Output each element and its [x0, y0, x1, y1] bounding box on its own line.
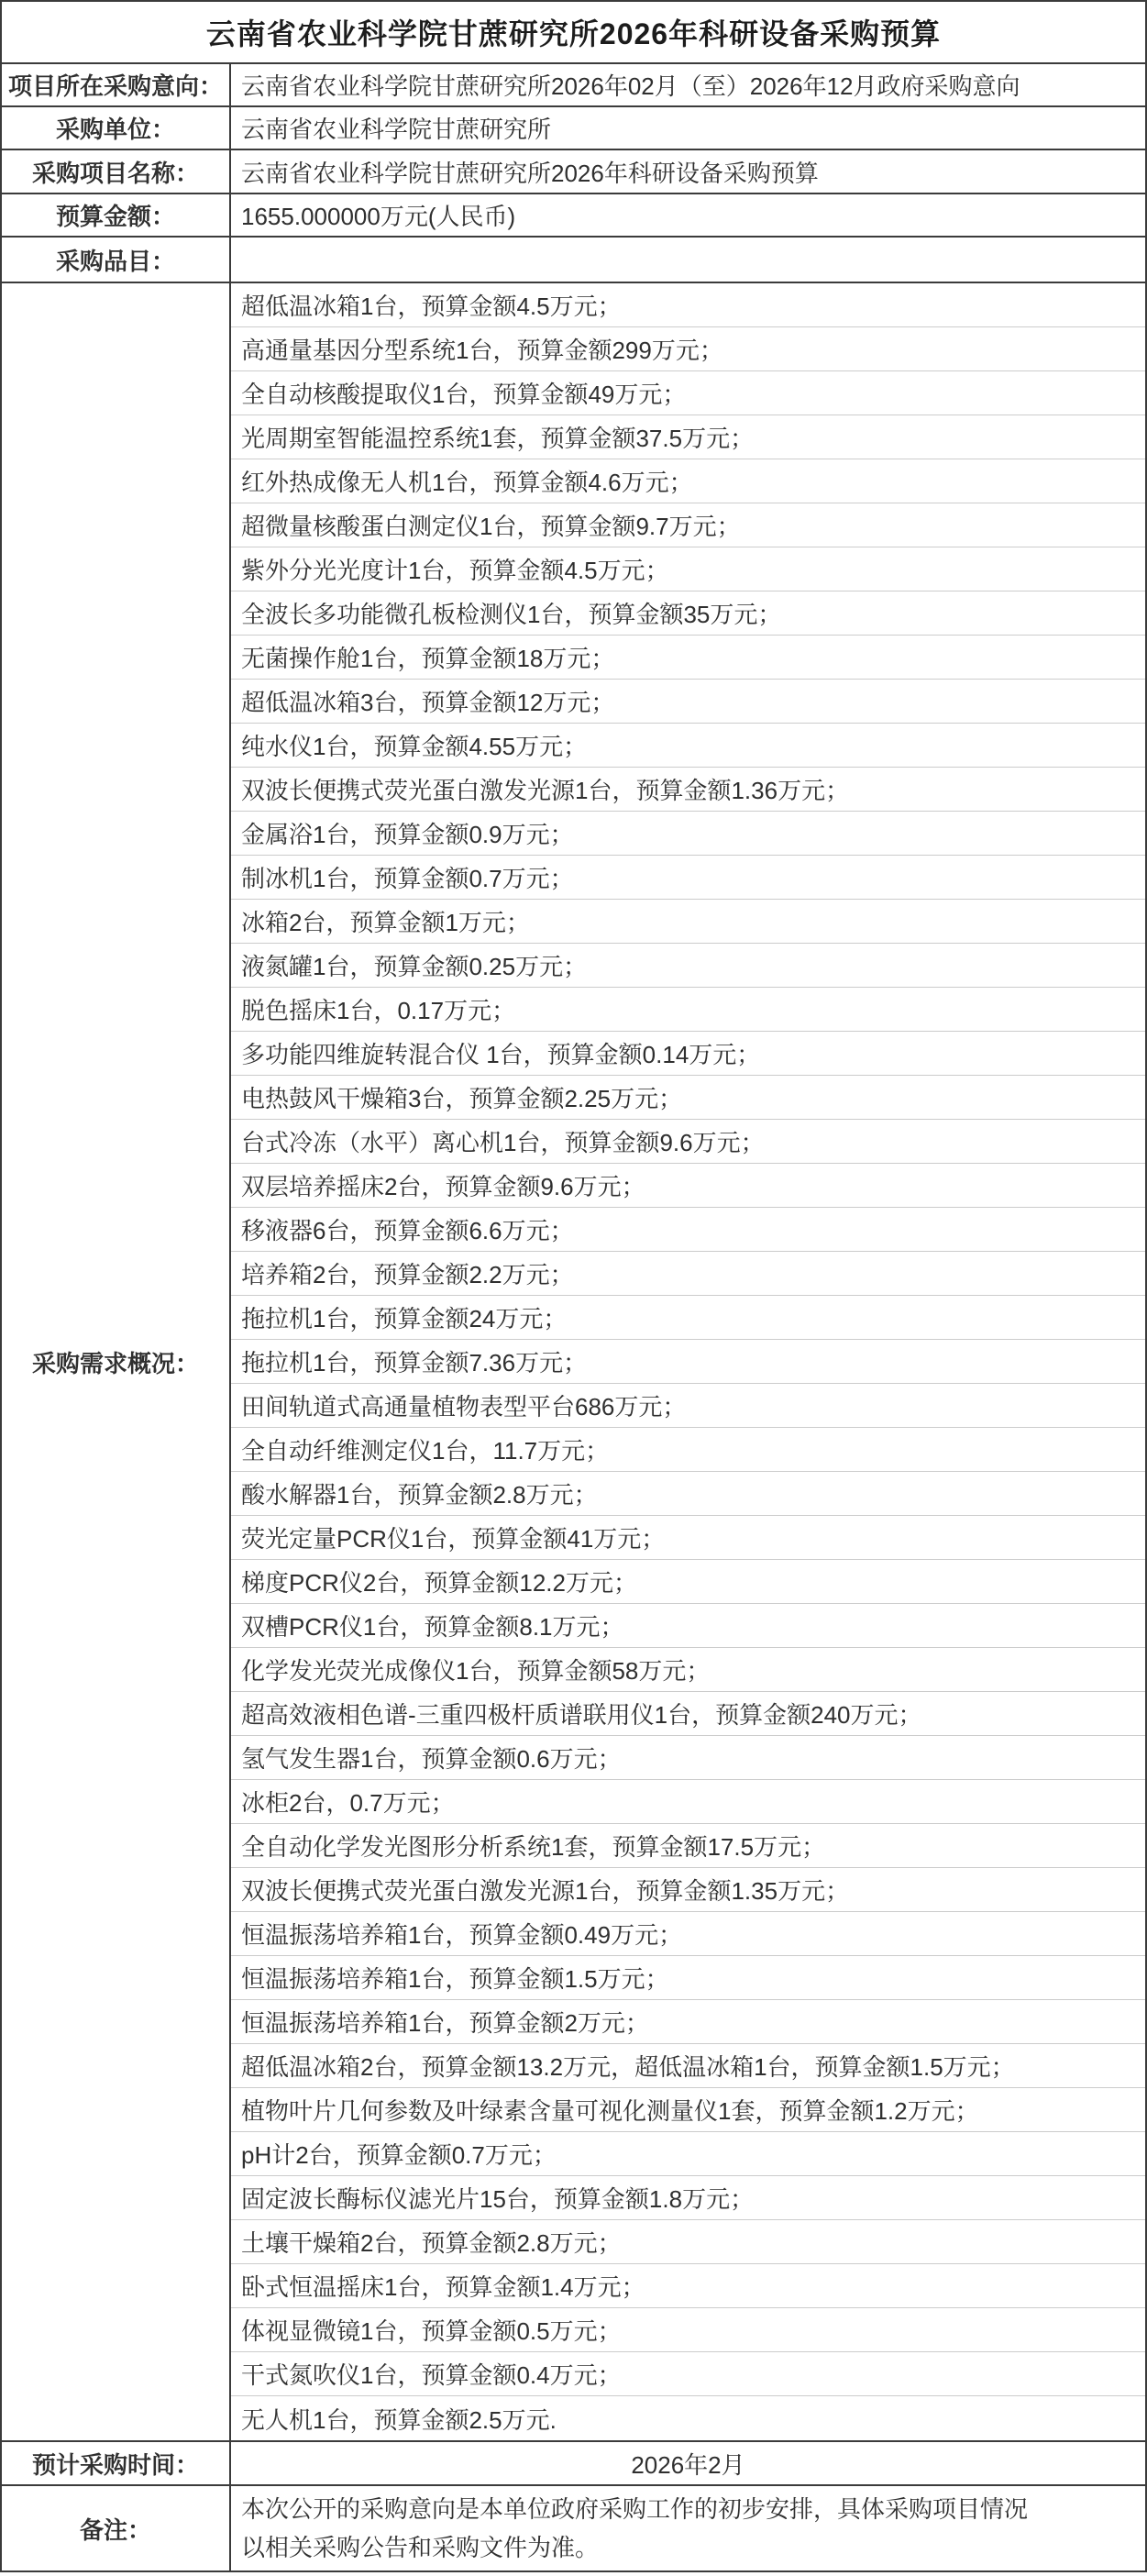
requirement-item: 双槽PCR仪1台，预算金额8.1万元；: [231, 1604, 1145, 1648]
requirement-item: 培养箱2台，预算金额2.2万元；: [231, 1252, 1145, 1296]
requirement-item: 全波长多功能微孔板检测仪1台，预算金额35万元；: [231, 591, 1145, 636]
table-row-remarks: 备注： 本次公开的采购意向是本单位政府采购工作的初步安排，具体采购项目情况以相关…: [2, 2484, 1145, 2570]
requirement-item: 光周期室智能温控系统1套，预算金额37.5万元；: [231, 415, 1145, 459]
remarks-text: 本次公开的采购意向是本单位政府采购工作的初步安排，具体采购项目情况以相关采购公告…: [241, 2490, 1041, 2567]
requirement-item: 干式氮吹仪1台，预算金额0.4万元；: [231, 2352, 1145, 2396]
requirement-item: 双层培养摇床2台，预算金额9.6万元；: [231, 1164, 1145, 1208]
row-label-schedule: 预计采购时间：: [2, 2442, 231, 2484]
table-row-requirements: 采购需求概况： 超低温冰箱1台，预算金额4.5万元；高通量基因分型系统1台，预算…: [2, 282, 1145, 2440]
requirement-item: 恒温振荡培养箱1台，预算金额0.49万元；: [231, 1912, 1145, 1956]
requirement-item: 荧光定量PCR仪1台，预算金额41万元；: [231, 1516, 1145, 1560]
requirement-item: 全自动纤维测定仪1台，11.7万元；: [231, 1428, 1145, 1472]
requirement-item: 紫外分光光度计1台，预算金额4.5万元；: [231, 547, 1145, 591]
requirement-item: 超低温冰箱2台，预算金额13.2万元，超低温冰箱1台，预算金额1.5万元；: [231, 2044, 1145, 2088]
requirement-item: 拖拉机1台，预算金额7.36万元；: [231, 1340, 1145, 1384]
requirement-item: 化学发光荧光成像仪1台，预算金额58万元；: [231, 1648, 1145, 1692]
table-row-project-name: 采购项目名称： 云南省农业科学院甘蔗研究所2026年科研设备采购预算: [2, 149, 1145, 193]
row-value-category: [231, 238, 1145, 282]
row-value-budget: 1655.000000万元(人民币): [231, 194, 1145, 236]
requirement-item: 双波长便携式荧光蛋白激发光源1台，预算金额1.35万元；: [231, 1868, 1145, 1912]
row-value-unit: 云南省农业科学院甘蔗研究所: [231, 107, 1145, 149]
requirement-item: 超微量核酸蛋白测定仪1台，预算金额9.7万元；: [231, 503, 1145, 547]
requirement-item: 氢气发生器1台，预算金额0.6万元；: [231, 1736, 1145, 1780]
requirement-item: 超低温冰箱3台，预算金额12万元；: [231, 680, 1145, 724]
requirement-item: 卧式恒温摇床1台，预算金额1.4万元；: [231, 2264, 1145, 2308]
requirement-item: 恒温振荡培养箱1台，预算金额2万元；: [231, 2000, 1145, 2044]
table-title-row: 云南省农业科学院甘蔗研究所2026年科研设备采购预算: [2, 2, 1145, 62]
row-label-budget: 预算金额：: [2, 194, 231, 236]
table-row-schedule: 预计采购时间： 2026年2月: [2, 2440, 1145, 2484]
requirement-item: 无菌操作舱1台，预算金额18万元；: [231, 636, 1145, 680]
procurement-budget-table: 云南省农业科学院甘蔗研究所2026年科研设备采购预算 项目所在采购意向： 云南省…: [0, 0, 1147, 2572]
row-value-schedule: 2026年2月: [231, 2442, 1145, 2484]
table-row-unit: 采购单位： 云南省农业科学院甘蔗研究所: [2, 105, 1145, 149]
row-label-project-name: 采购项目名称：: [2, 150, 231, 193]
row-label-remarks: 备注：: [2, 2486, 231, 2570]
requirement-item: 超低温冰箱1台，预算金额4.5万元；: [231, 283, 1145, 327]
requirement-item: 冰柜2台，0.7万元；: [231, 1780, 1145, 1824]
row-label-unit: 采购单位：: [2, 107, 231, 149]
requirement-item: 移液器6台，预算金额6.6万元；: [231, 1208, 1145, 1252]
requirement-item: 电热鼓风干燥箱3台，预算金额2.25万元；: [231, 1076, 1145, 1120]
requirement-item: 全自动化学发光图形分析系统1套，预算金额17.5万元；: [231, 1824, 1145, 1868]
page-title: 云南省农业科学院甘蔗研究所2026年科研设备采购预算: [206, 11, 941, 53]
row-value-remarks: 本次公开的采购意向是本单位政府采购工作的初步安排，具体采购项目情况以相关采购公告…: [231, 2486, 1145, 2570]
table-row-budget: 预算金额： 1655.000000万元(人民币): [2, 193, 1145, 236]
requirement-item: 拖拉机1台，预算金额24万元；: [231, 1296, 1145, 1340]
row-value-project-name: 云南省农业科学院甘蔗研究所2026年科研设备采购预算: [231, 150, 1145, 193]
row-label-intent: 项目所在采购意向：: [2, 64, 231, 105]
requirement-item: 高通量基因分型系统1台，预算金额299万元；: [231, 327, 1145, 371]
requirement-item: 超高效液相色谱-三重四极杆质谱联用仪1台，预算金额240万元；: [231, 1692, 1145, 1736]
requirement-item: 全自动核酸提取仪1台，预算金额49万元；: [231, 371, 1145, 415]
requirement-item: pH计2台，预算金额0.7万元；: [231, 2132, 1145, 2176]
requirement-item: 脱色摇床1台，0.17万元；: [231, 988, 1145, 1032]
requirement-item: 液氮罐1台，预算金额0.25万元；: [231, 944, 1145, 988]
requirement-item: 双波长便携式荧光蛋白激发光源1台，预算金额1.36万元；: [231, 768, 1145, 812]
requirements-list: 超低温冰箱1台，预算金额4.5万元；高通量基因分型系统1台，预算金额299万元；…: [231, 283, 1145, 2440]
row-label-category: 采购品目：: [2, 238, 231, 282]
row-label-requirements: 采购需求概况：: [2, 283, 231, 2440]
table-row-intent: 项目所在采购意向： 云南省农业科学院甘蔗研究所2026年02月（至）2026年1…: [2, 62, 1145, 105]
requirement-item: 冰箱2台，预算金额1万元；: [231, 900, 1145, 944]
requirement-item: 制冰机1台，预算金额0.7万元；: [231, 856, 1145, 900]
row-value-intent: 云南省农业科学院甘蔗研究所2026年02月（至）2026年12月政府采购意向: [231, 64, 1145, 105]
requirement-item: 固定波长酶标仪滤光片15台，预算金额1.8万元；: [231, 2176, 1145, 2220]
requirement-item: 体视显微镜1台，预算金额0.5万元；: [231, 2308, 1145, 2352]
requirement-item: 梯度PCR仪2台，预算金额12.2万元；: [231, 1560, 1145, 1604]
requirement-item: 金属浴1台，预算金额0.9万元；: [231, 812, 1145, 856]
requirement-item: 恒温振荡培养箱1台，预算金额1.5万元；: [231, 1956, 1145, 2000]
requirement-item: 台式冷冻（水平）离心机1台，预算金额9.6万元；: [231, 1120, 1145, 1164]
table-row-category: 采购品目：: [2, 236, 1145, 282]
requirement-item: 纯水仪1台，预算金额4.55万元；: [231, 724, 1145, 768]
requirement-item: 多功能四维旋转混合仪 1台，预算金额0.14万元；: [231, 1032, 1145, 1076]
requirement-item: 土壤干燥箱2台，预算金额2.8万元；: [231, 2220, 1145, 2264]
requirement-item: 红外热成像无人机1台，预算金额4.6万元；: [231, 459, 1145, 503]
requirement-item: 植物叶片几何参数及叶绿素含量可视化测量仪1套，预算金额1.2万元；: [231, 2088, 1145, 2132]
requirement-item: 无人机1台，预算金额2.5万元.: [231, 2396, 1145, 2440]
requirement-item: 田间轨道式高通量植物表型平台686万元；: [231, 1384, 1145, 1428]
requirement-item: 酸水解器1台，预算金额2.8万元；: [231, 1472, 1145, 1516]
